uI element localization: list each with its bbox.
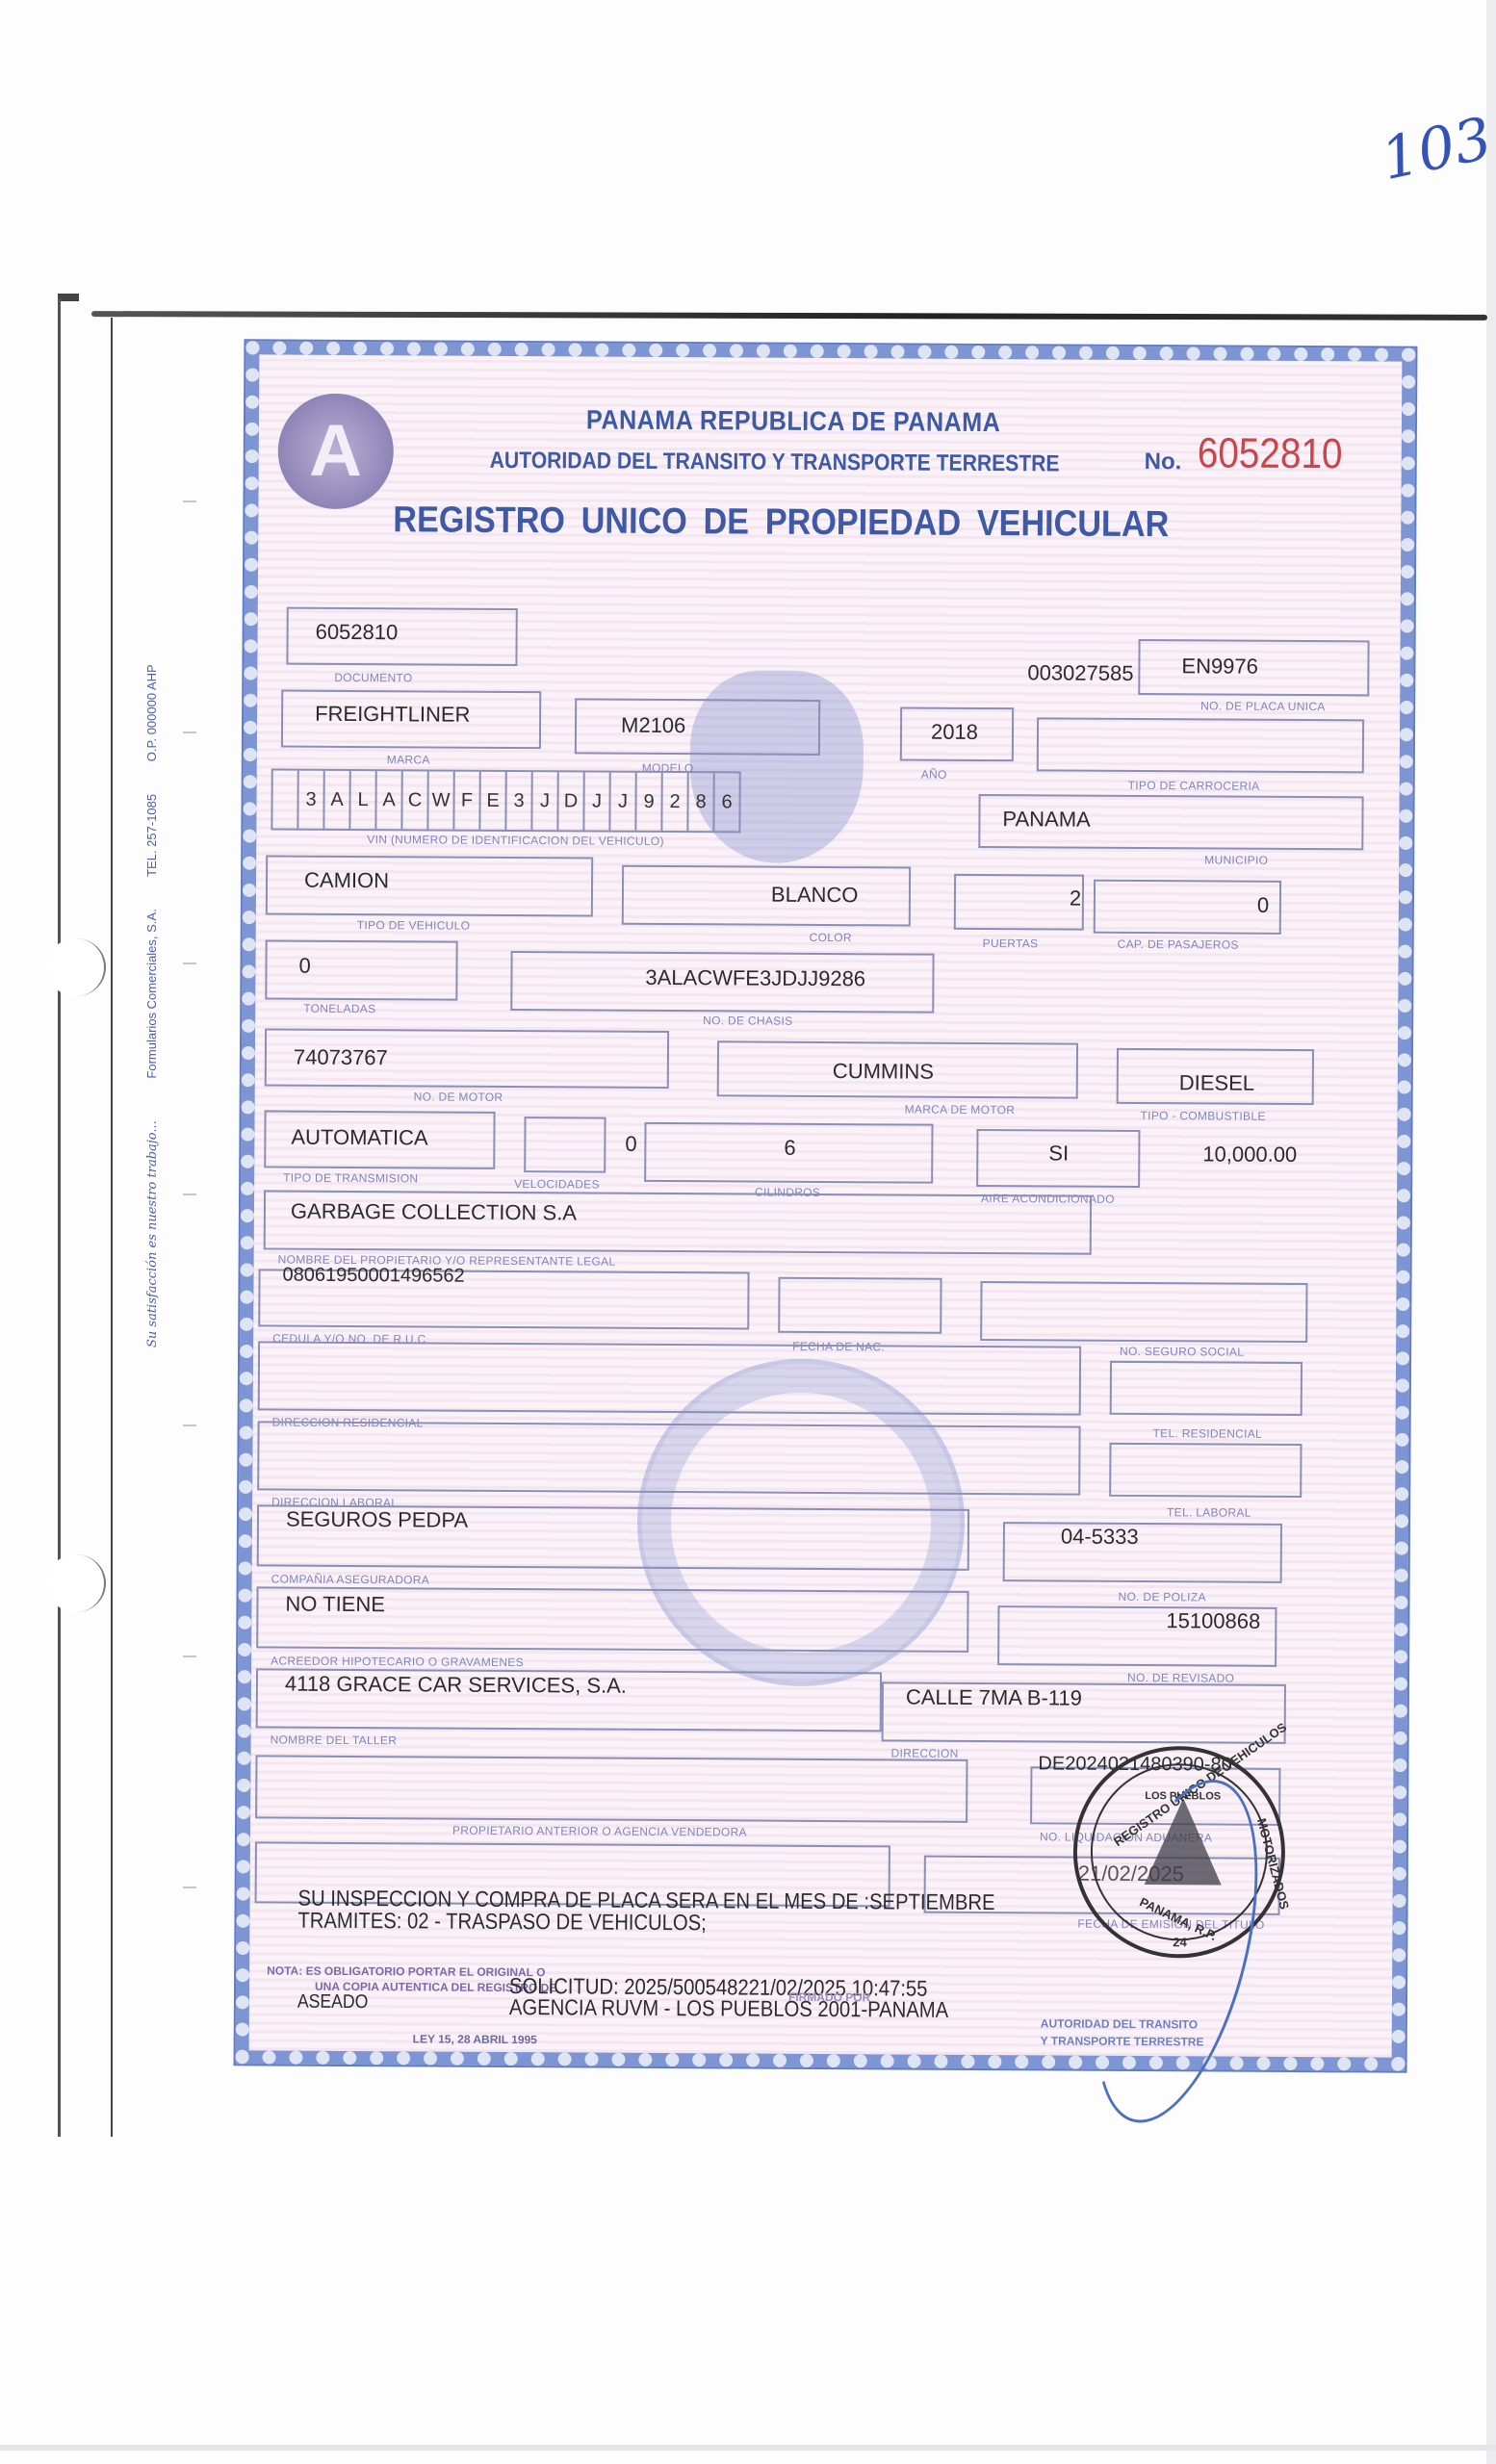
municipio-value: PANAMA <box>1002 807 1090 833</box>
document-number: 6052810 <box>1198 429 1343 478</box>
aseguradora-label: COMPAÑIA ASEGURADORA <box>271 1572 430 1586</box>
transmision-value: AUTOMATICA <box>291 1125 427 1151</box>
printer-phone: TEL. 257-1085 <box>144 794 159 877</box>
pasajeros-label: CAP. DE PASAJEROS <box>1118 937 1239 952</box>
vin-char-cell: F <box>454 772 480 830</box>
documento-label: DOCUMENTO <box>334 671 412 684</box>
nota-label: NOTA: ES OBLIGATORIO PORTAR EL ORIGINAL … <box>267 1963 545 1979</box>
velocidades-label: VELOCIDADES <box>514 1177 600 1192</box>
acreedor-label: ACREEDOR HIPOTECARIO O GRAVAMENES <box>271 1654 524 1669</box>
page-edge <box>1486 0 1496 2464</box>
tramites-line: TRAMITES: 02 - TRASPASO DE VEHICULOS; <box>297 1908 707 1937</box>
vin-char-cell: D <box>558 772 584 830</box>
field-velocidades <box>524 1116 606 1173</box>
tel-residencial-label: TEL. RESIDENCIAL <box>1153 1426 1263 1441</box>
color-label: COLOR <box>810 931 852 944</box>
ano-value: 2018 <box>931 720 978 745</box>
poliza-label: No. DE POLIZA <box>1118 1590 1205 1604</box>
taller-label: NOMBRE DEL TALLER <box>271 1732 398 1747</box>
field-tel-laboral <box>1109 1443 1302 1498</box>
toneladas-value: 0 <box>298 954 310 979</box>
vin-char-cell: A <box>376 771 402 829</box>
field-poliza <box>1003 1522 1282 1583</box>
placa-label: No. DE PLACA UNICA <box>1200 699 1326 713</box>
field-tel-residencial <box>1110 1361 1303 1416</box>
nota-line3: ASEADO <box>297 1991 368 2014</box>
authority-logo-icon: A <box>277 394 394 510</box>
transmision-label: TIPO DE TRANSMISION <box>283 1171 418 1186</box>
combustible-value: DIESEL <box>1179 1070 1254 1095</box>
field-color <box>622 865 911 927</box>
scan-edge-line <box>91 311 1487 321</box>
puertas-label: PUERTAS <box>983 937 1039 950</box>
law-reference: LEY 15, 28 ABRIL 1995 <box>413 2032 537 2046</box>
motor-label: No. DE MOTOR <box>414 1090 503 1104</box>
direccion-taller-value: CALLE 7MA B-119 <box>906 1685 1082 1711</box>
vin-char-cell: W <box>428 771 454 829</box>
scan-edge-line <box>58 298 61 2137</box>
marca-label: MARCA <box>387 753 430 766</box>
marca-value: FREIGHTLINER <box>315 702 471 728</box>
vin-char-cell: C <box>402 771 428 829</box>
field-dir-residencial <box>258 1341 1081 1415</box>
aseguradora-value: SEGUROS PEDPA <box>286 1507 468 1533</box>
acreedor-value: NO TIENE <box>285 1592 385 1618</box>
vin-char-cell: J <box>584 772 610 830</box>
field-seguro-social <box>980 1281 1307 1343</box>
vin-char-cell: E <box>480 772 506 830</box>
combustible-label: TIPO - COMBUSTIBLE <box>1141 1109 1266 1123</box>
marca-motor-value: CUMMINS <box>833 1059 934 1085</box>
velocidades-value: 0 <box>625 1132 636 1157</box>
propietario-anterior-label: PROPIETARIO ANTERIOR O AGENCIA VENDEDORA <box>452 1824 747 1839</box>
vin-char-cell: 2 <box>662 773 688 831</box>
page-edge <box>0 2445 1496 2451</box>
punch-hole <box>46 1554 106 1612</box>
toneladas-label: TONELADAS <box>303 1002 375 1015</box>
taller-value: 4118 GRACE CAR SERVICES, S.A. <box>285 1672 627 1699</box>
vin-label: VIN (NUMERO DE IDENTIFICACION DEL VEHICU… <box>367 833 664 848</box>
field-toneladas <box>265 939 457 1000</box>
vehicle-registration-certificate: A PANAMA REPUBLICA DE PANAMA AUTORIDAD D… <box>236 341 1416 2070</box>
vin-char-cell: A <box>324 771 350 829</box>
cedula-value: 08061950001496562 <box>282 1265 464 1288</box>
modelo-value: M2106 <box>621 713 685 738</box>
field-puertas <box>954 874 1084 931</box>
printer-slogan: Su satisfacción es nuestro trabajo... <box>145 1120 160 1347</box>
header-country: PANAMA REPUBLICA DE PANAMA <box>586 404 1000 438</box>
municipio-label: MUNICIPIO <box>1204 853 1268 866</box>
printer-name: Formularios Comerciales, S.A. <box>144 909 159 1078</box>
printer-imprint: Su satisfacción es nuestro trabajo... Fo… <box>144 635 160 1347</box>
vin-char-cell: 3 <box>298 771 324 829</box>
placa-value: EN9976 <box>1181 654 1258 679</box>
scan-edge-line <box>111 318 113 2137</box>
vin-char-cell: 3 <box>506 772 532 830</box>
punch-hole <box>46 938 106 996</box>
agencia-line: AGENCIA RUVM - LOS PUEBLOS 2001-PANAMA <box>509 1994 948 2023</box>
marca-motor-label: MARCA DE MOTOR <box>905 1102 1016 1116</box>
documento-value: 6052810 <box>316 620 399 646</box>
vin-char-cell: 6 <box>714 773 738 831</box>
tipo-vehiculo-label: TIPO DE VEHICULO <box>357 918 471 933</box>
header-authority: AUTORIDAD DEL TRANSITO Y TRANSPORTE TERR… <box>490 448 1060 478</box>
carroceria-label: TIPO DE CARROCERIA <box>1128 779 1260 793</box>
field-pasajeros <box>1094 880 1281 935</box>
seguro-social-label: No. SEGURO SOCIAL <box>1120 1345 1244 1359</box>
vin-char-cell: 9 <box>636 773 662 831</box>
poliza-value: 04-5333 <box>1061 1524 1139 1549</box>
tipo-vehiculo-value: CAMION <box>304 868 389 894</box>
puertas-value: 2 <box>1070 886 1081 911</box>
chasis-label: No. DE CHASIS <box>703 1014 792 1028</box>
vin-char-cell: L <box>350 771 376 829</box>
vin-char-cell: J <box>532 772 558 830</box>
monto-value: 10,000.00 <box>1202 1142 1297 1168</box>
field-carroceria <box>1037 717 1364 773</box>
ano-label: AÑO <box>921 768 947 782</box>
firmado-por: FIRMADO POR <box>788 1990 870 2005</box>
field-modelo <box>575 698 820 756</box>
handwritten-page-number: 103 <box>1376 105 1496 193</box>
vin-char-cell <box>272 770 298 828</box>
field-propietario-anterior <box>255 1755 967 1823</box>
scan-corner-mark <box>58 294 79 301</box>
document-title: REGISTRO UNICO DE PROPIEDAD VEHICULAR <box>393 500 1169 546</box>
printer-order: O.P. 000000 AHP <box>144 664 159 761</box>
pasajeros-value: 0 <box>1257 893 1269 918</box>
vin-char-cell: 8 <box>688 773 714 831</box>
vin-grid: 3ALACWFE3JDJJ9286 <box>271 768 740 833</box>
chasis-value: 3ALACWFE3JDJJ9286 <box>645 965 865 991</box>
color-value: BLANCO <box>771 883 859 909</box>
tel-laboral-label: TEL. LABORAL <box>1167 1505 1251 1520</box>
field-dir-laboral <box>257 1421 1080 1495</box>
document-number-label: No. <box>1145 449 1182 475</box>
motor-value: 74073767 <box>294 1045 388 1071</box>
cilindros-value: 6 <box>784 1136 795 1161</box>
propietario-value: GARBAGE COLLECTION S.A <box>291 1199 577 1226</box>
vin-char-cell: J <box>610 773 636 831</box>
field-fecha-nac <box>778 1277 941 1334</box>
revisado-value: 15100868 <box>1166 1608 1260 1634</box>
aire-value: SI <box>1048 1141 1069 1166</box>
aux-number: 003027585 <box>1027 660 1133 686</box>
